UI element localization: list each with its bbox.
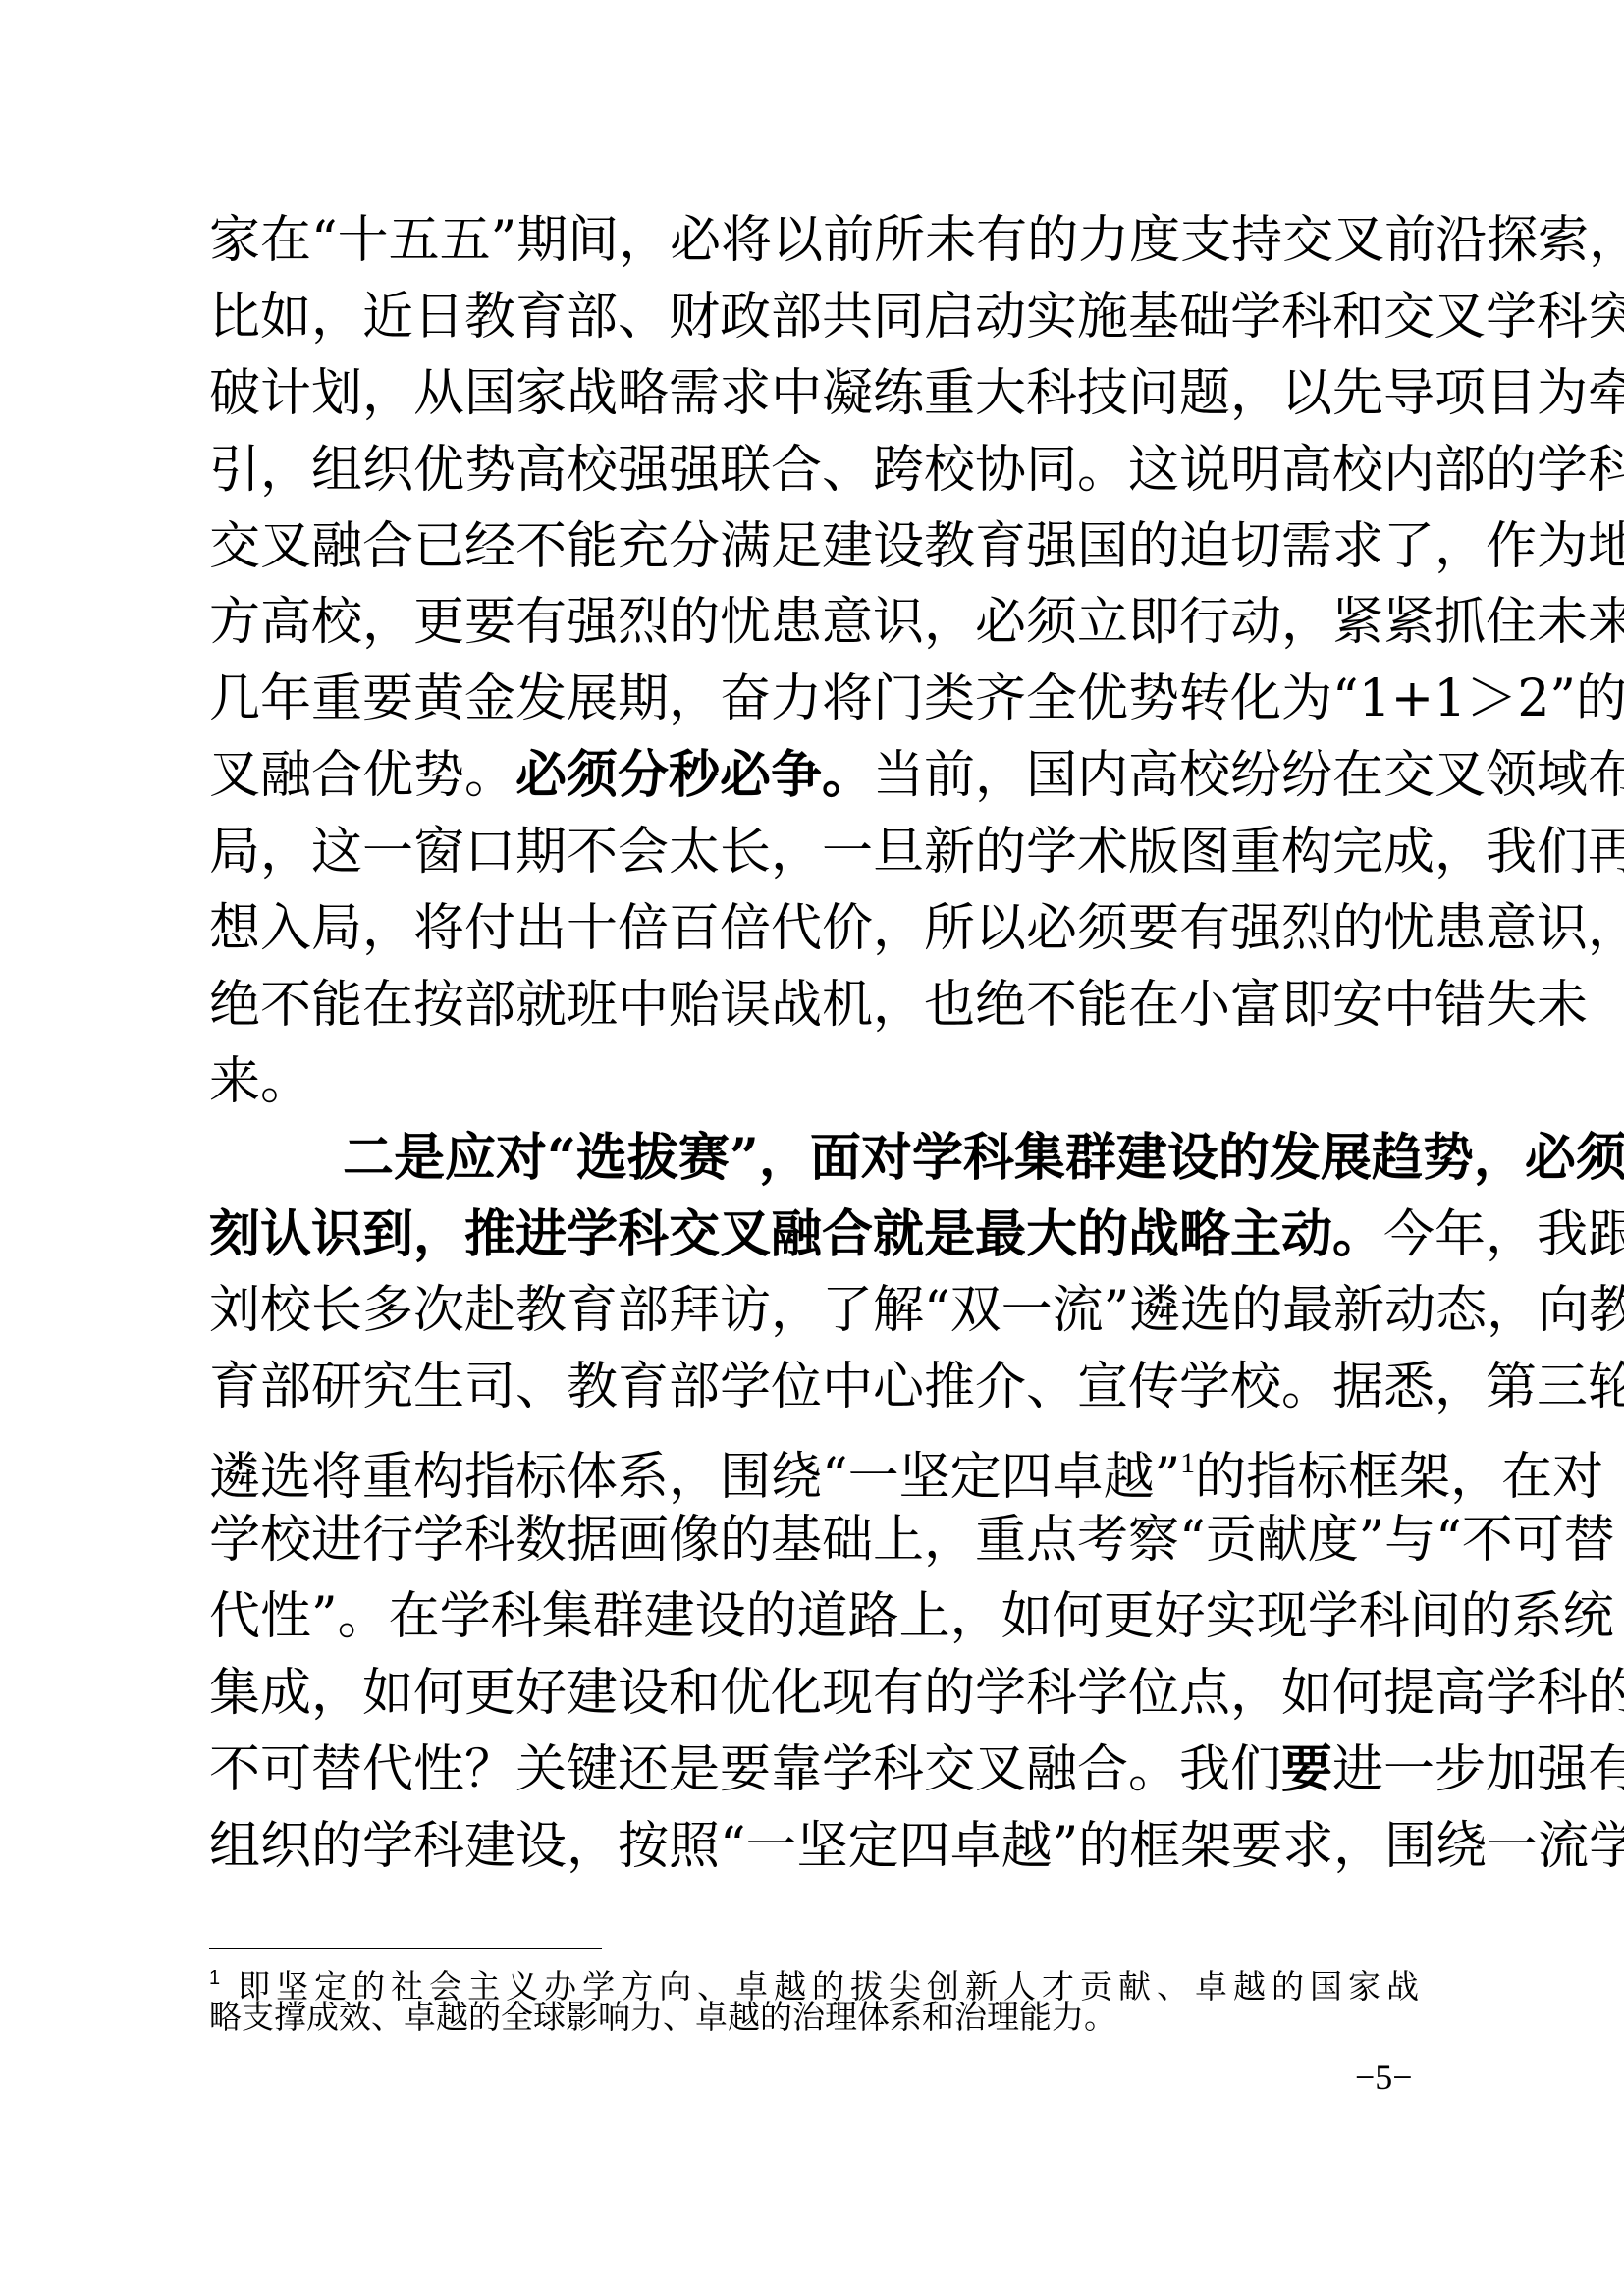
text-run: 进一步加强有 [1332,1740,1624,1799]
text-line: 学校进行学科数据画像的基础上，重点考察“贡献度”与“不可替 [209,1508,1419,1584]
text-line: 来。 [209,1049,1419,1126]
text-line: 几年重要黄金发展期，奋力将门类齐全优势转化为“1+1＞2”的交 [209,667,1419,743]
emphasis-bold: 必须分秒必争。 [515,746,873,805]
text-line: 绝不能在按部就班中贻误战机，也绝不能在小富即安中错失未 [209,973,1419,1049]
text-line: 遴选将重构指标体系，围绕“一坚定四卓越”1的指标框架，在对 [209,1431,1419,1508]
body-text: 家在“十五五”期间，必将以前所未有的力度支持交叉前沿探索，比如，近日教育部、财政… [209,208,1419,1891]
text-run: 方高校，更要有强烈的忧患意识，必须立即行动，紧紧抓住未来 [209,593,1624,652]
text-run: 想入局，将付出十倍百倍代价，所以必须要有强烈的忧患意识， [209,899,1624,958]
text-run: 家在“十五五”期间，必将以前所未有的力度支持交叉前沿探索， [209,211,1624,270]
text-run: 比如，近日教育部、财政部共同启动实施基础学科和交叉学科突 [209,288,1624,347]
footnotes: 1即坚定的社会主义办学方向、卓越的拔尖创新人才贡献、卓越的国家战略支撑成效、卓越… [209,1959,1419,2036]
text-run: 来。 [209,1052,311,1111]
footnote-marker: 1 [209,1967,220,1989]
text-line: 叉融合优势。必须分秒必争。当前，国内高校纷纷在交叉领域布 [209,743,1419,820]
text-line: 刻认识到，推进学科交叉融合就是最大的战略主动。今年，我跟 [209,1202,1419,1279]
lead-sentence: 刻认识到，推进学科交叉融合就是最大的战略主动。 [209,1204,1383,1264]
text-run: 遴选将重构指标体系，围绕“一坚定四卓越” [209,1448,1180,1507]
text-run: 代性”。在学科集群建设的道路上，如何更好实现学科间的系统 [209,1587,1614,1646]
text-line: 想入局，将付出十倍百倍代价，所以必须要有强烈的忧患意识， [209,896,1419,973]
text-run: 组织的学科建设，按照“一坚定四卓越”的框架要求，围绕一流学 [209,1817,1624,1876]
text-run: 局，这一窗口期不会太长，一旦新的学术版图重构完成，我们再 [209,823,1624,881]
text-run: 今年，我跟 [1383,1205,1624,1264]
paragraph: 家在“十五五”期间，必将以前所未有的力度支持交叉前沿探索，比如，近日教育部、财政… [209,208,1419,1126]
lead-sentence: 二是应对“选拔赛”，面对学科集群建设的发展趋势，必须深 [343,1128,1624,1188]
text-run: 绝不能在按部就班中贻误战机，也绝不能在小富即安中错失未 [209,976,1588,1035]
text-line: 育部研究生司、教育部学位中心推介、宣传学校。据悉，第三轮 [209,1355,1419,1431]
text-line: 交叉融合已经不能充分满足建设教育强国的迫切需求了，作为地 [209,514,1419,591]
text-line: 不可替代性？关键还是要靠学科交叉融合。我们要进一步加强有 [209,1737,1419,1814]
text-run: 刘校长多次赴教育部拜访，了解“双一流”遴选的最新动态，向教 [209,1281,1624,1340]
text-run: 当前，国内高校纷纷在交叉领域布 [873,746,1624,805]
text-line: 二是应对“选拔赛”，面对学科集群建设的发展趋势，必须深 [209,1126,1419,1202]
footnote-reference: 1 [1180,1447,1195,1479]
text-line: 引，组织优势高校强强联合、跨校协同。这说明高校内部的学科 [209,438,1419,514]
footnote: 1即坚定的社会主义办学方向、卓越的拔尖创新人才贡献、卓越的国家战略支撑成效、卓越… [209,1959,1419,2036]
text-line: 方高校，更要有强烈的忧患意识，必须立即行动，紧紧抓住未来 [209,590,1419,667]
text-line: 集成，如何更好建设和优化现有的学科学位点，如何提高学科的 [209,1661,1419,1737]
text-line: 组织的学科建设，按照“一坚定四卓越”的框架要求，围绕一流学 [209,1814,1419,1891]
text-line: 代性”。在学科集群建设的道路上，如何更好实现学科间的系统 [209,1584,1419,1661]
text-run: 的指标框架，在对 [1195,1448,1603,1507]
text-run: 交叉融合已经不能充分满足建设教育强国的迫切需求了，作为地 [209,517,1624,576]
emphasis-bold: 要 [1281,1740,1332,1799]
text-run: 叉融合优势。 [209,746,515,805]
text-run: 引，组织优势高校强强联合、跨校协同。这说明高校内部的学科 [209,441,1624,500]
text-run: 不可替代性？关键还是要靠学科交叉融合。我们 [209,1740,1281,1799]
text-line: 比如，近日教育部、财政部共同启动实施基础学科和交叉学科突 [209,285,1419,361]
paragraph: 二是应对“选拔赛”，面对学科集群建设的发展趋势，必须深刻认识到，推进学科交叉融合… [209,1126,1419,1891]
text-line: 刘校长多次赴教育部拜访，了解“双一流”遴选的最新动态，向教 [209,1278,1419,1355]
text-run: 集成，如何更好建设和优化现有的学科学位点，如何提高学科的 [209,1664,1624,1723]
text-run: 几年重要黄金发展期，奋力将门类齐全优势转化为“1+1＞2”的交 [209,669,1624,728]
text-run: 破计划，从国家战略需求中凝练重大科技问题，以先导项目为牵 [209,364,1624,423]
document-page: 家在“十五五”期间，必将以前所未有的力度支持交叉前沿探索，比如，近日教育部、财政… [0,0,1624,2296]
text-line: 破计划，从国家战略需求中凝练重大科技问题，以先导项目为牵 [209,361,1419,438]
footnote-text: 略支撑成效、卓越的全球影响力、卓越的治理体系和治理能力。 [209,1998,1116,2036]
footnote-divider [209,1948,602,1949]
page-number: −5− [1355,2057,1413,2097]
footnote-line: 1即坚定的社会主义办学方向、卓越的拔尖创新人才贡献、卓越的国家战 [209,1959,1419,1998]
text-run: 学校进行学科数据画像的基础上，重点考察“贡献度”与“不可替 [209,1511,1615,1570]
text-line: 局，这一窗口期不会太长，一旦新的学术版图重构完成，我们再 [209,820,1419,896]
text-run: 育部研究生司、教育部学位中心推介、宣传学校。据悉，第三轮 [209,1358,1624,1416]
text-line: 家在“十五五”期间，必将以前所未有的力度支持交叉前沿探索， [209,208,1419,285]
